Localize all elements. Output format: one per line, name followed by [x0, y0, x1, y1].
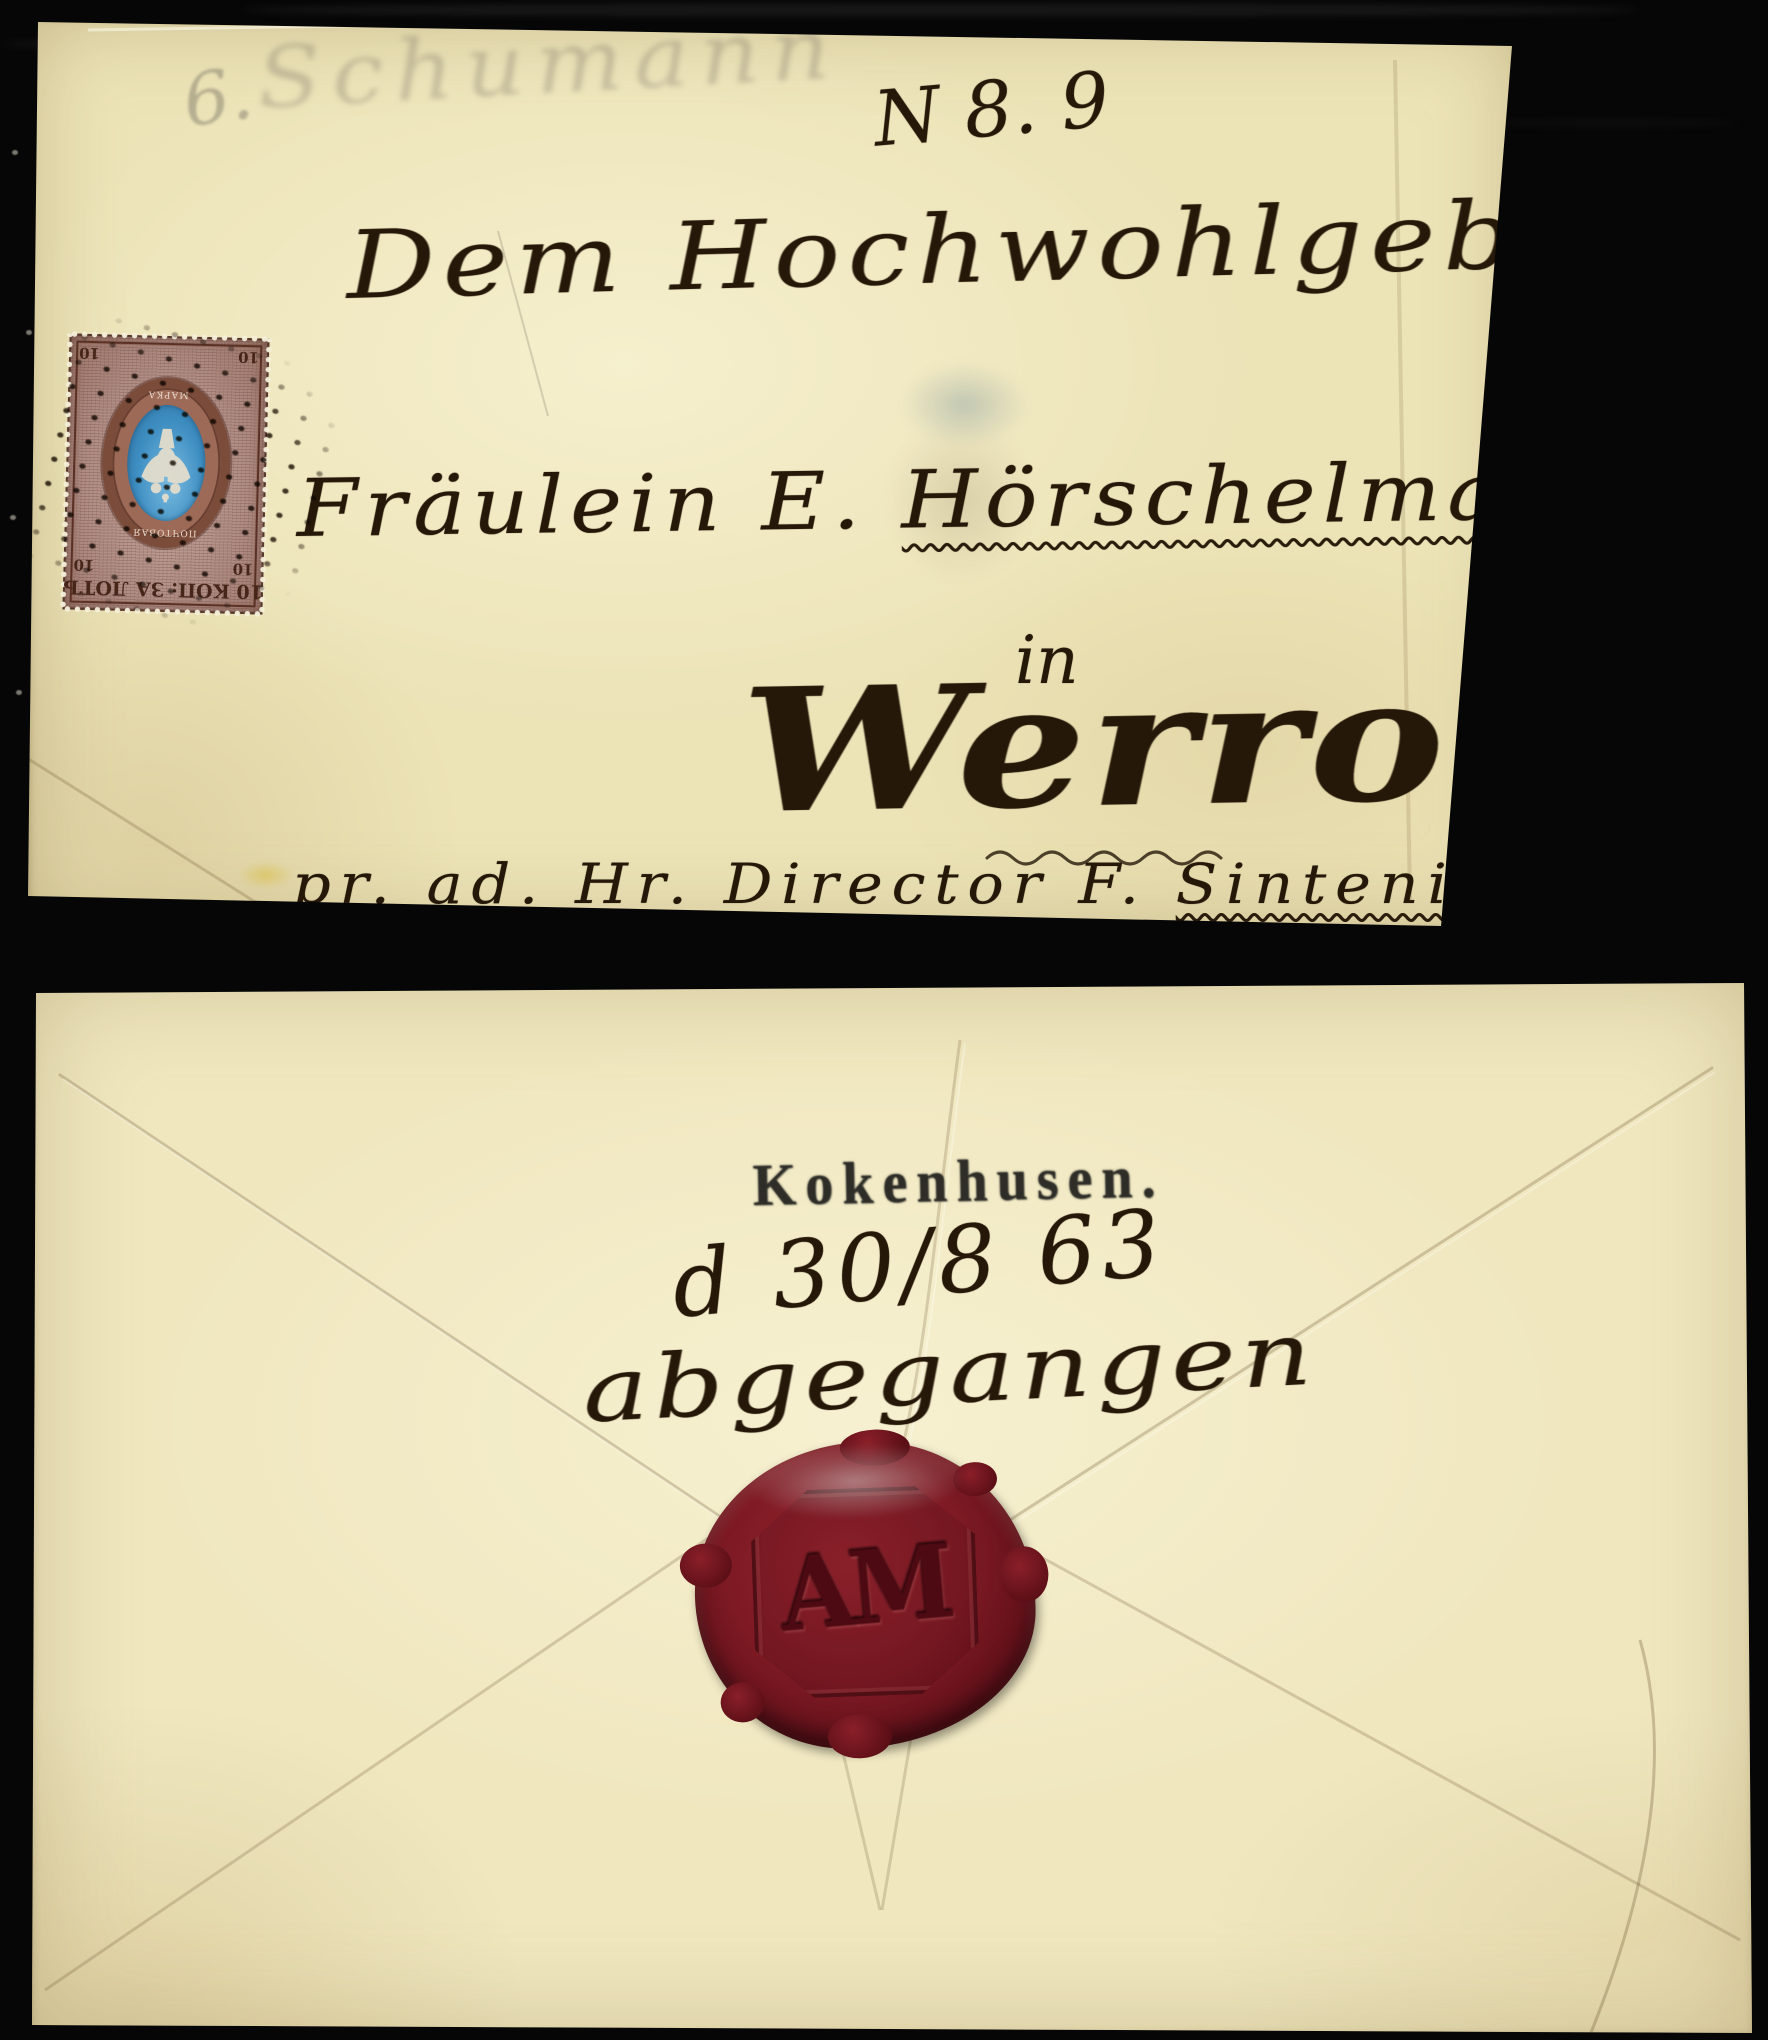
wax-blob [999, 1546, 1049, 1604]
wax-blob [720, 1682, 765, 1724]
photo-scan-background: 6. Schumann N 8. 9 Dem Hochwohlgeborenen… [0, 0, 1768, 2040]
seal-monogram: AM [748, 1520, 981, 1658]
address-salutation: Fräulein E. [296, 454, 902, 555]
care-of-prefix: pr. ad. Hr. Director F. [292, 852, 1176, 916]
pencil-docket-note: Schumann [255, 0, 843, 128]
wax-blob [827, 1713, 892, 1759]
address-care-of-line: pr. ad. Hr. Director F. Sintenis [292, 852, 1495, 916]
paper-stain [240, 862, 292, 888]
pencil-docket-number: 6. [178, 50, 258, 143]
wax-seal: AM [690, 1436, 1040, 1754]
wax-blob [679, 1543, 733, 1589]
address-line-honorific: Dem Hochwohlgeborenen [345, 170, 1768, 321]
scan-speck [12, 150, 18, 155]
care-of-name: Sintenis [1176, 852, 1496, 916]
front-envelope: 6. Schumann N 8. 9 Dem Hochwohlgeborenen… [28, 16, 1518, 931]
address-city: Werro. [740, 638, 1518, 851]
manuscript-number: N 8. 9 [870, 54, 1113, 163]
scan-speck [10, 515, 16, 520]
scan-streak [240, 4, 1640, 16]
back-envelope: Kokenhusen. d 30/8 63 abgegangen AM [30, 975, 1755, 2037]
address-line-recipient: Fräulein E. Hörschelmann [296, 443, 1633, 555]
scan-speck [16, 690, 22, 695]
scan-speck [26, 330, 32, 335]
address-recipient-name: Hörschelmann [901, 443, 1634, 546]
scan-streak [1480, 120, 1740, 126]
